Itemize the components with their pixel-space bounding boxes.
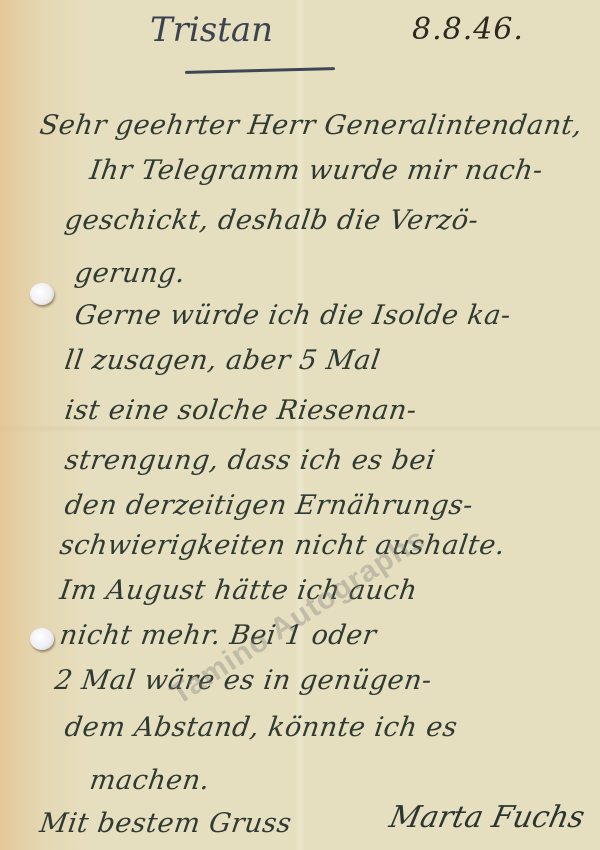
letter-date: 8.8.46.	[412, 12, 524, 47]
punch-hole-bottom	[30, 628, 54, 650]
body-line: ll zusagen, aber 5 Mal	[63, 345, 383, 376]
body-line: nicht mehr. Bei 1 oder	[58, 620, 379, 651]
body-line: geschickt, deshalb die Verzö-	[63, 205, 481, 236]
body-line: ist eine solche Riesenan-	[63, 395, 419, 426]
body-line: gerung.	[73, 258, 188, 289]
body-line: Ihr Telegramm wurde mir nach-	[88, 155, 545, 186]
body-line: machen.	[88, 765, 212, 796]
body-line: schwierigkeiten nicht aushalte.	[58, 530, 507, 561]
body-line: strengung, dass ich es bei	[63, 445, 438, 476]
closing: Mit bestem Gruss	[38, 808, 294, 839]
body-line: Gerne würde ich die Isolde ka-	[73, 300, 513, 331]
heading-underline	[185, 67, 335, 74]
punch-hole-top	[30, 283, 54, 305]
place-heading: Tristan	[150, 10, 273, 50]
signature: Marta Fuchs	[386, 800, 588, 835]
body-line: den derzeitigen Ernährungs-	[63, 490, 475, 521]
body-line: dem Abstand, könnte ich es	[63, 712, 460, 743]
salutation: Sehr geehrter Herr Generalintendant,	[38, 110, 584, 141]
letter-page: Tristan 8.8.46. Sehr geehrter Herr Gener…	[0, 0, 600, 850]
